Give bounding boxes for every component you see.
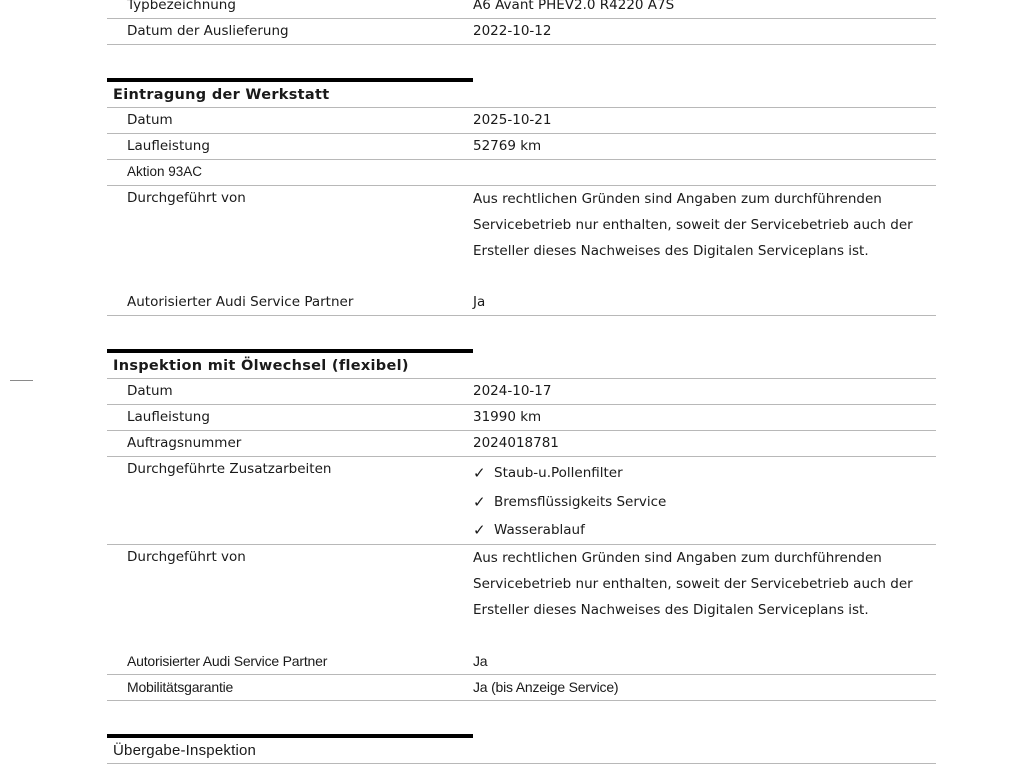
extra-work-item: ✓ Wasserablauf [473, 516, 936, 544]
performed-by-label: Durchgeführt von [107, 545, 473, 649]
mileage-value: 52769 km [473, 134, 936, 159]
extra-work-item: ✓ Staub-u.Pollenfilter [473, 458, 936, 487]
mileage-label: Laufleistung [107, 405, 473, 430]
extra-work-list: ✓ Staub-u.Pollenfilter ✓ Bremsflüssigkei… [473, 457, 936, 544]
type-designation-value: A6 Avant PHEV2.0 R4220 A7S [473, 0, 936, 18]
table-row: Aktion 93AC [107, 160, 936, 186]
performed-by-line: Aus rechtlichen Gründen sind Angaben zum… [473, 545, 936, 571]
table-row: Typbezeichnung A6 Avant PHEV2.0 R4220 A7… [107, 0, 936, 19]
section-title: Übergabe-Inspektion [107, 738, 936, 764]
performed-by-line: Ersteller dieses Nachweises des Digitale… [473, 238, 936, 264]
table-row: Datum 2024-10-17 [107, 379, 936, 405]
table-row: Laufleistung 31990 km [107, 405, 936, 431]
check-icon: ✓ [473, 460, 489, 486]
extra-work-item-label: Staub-u.Pollenfilter [494, 460, 623, 486]
order-number-label: Auftragsnummer [107, 431, 473, 456]
performed-by-value: Aus rechtlichen Gründen sind Angaben zum… [473, 186, 936, 290]
vehicle-info-table: Typbezeichnung A6 Avant PHEV2.0 R4220 A7… [107, 0, 936, 45]
table-row: Datum der Auslieferung 2022-10-12 [107, 19, 936, 45]
extra-work-item-label: Wasserablauf [494, 517, 585, 543]
spacer-line [473, 264, 936, 290]
performed-by-line: Ersteller dieses Nachweises des Digitale… [473, 597, 936, 623]
performed-by-line: Aus rechtlichen Gründen sind Angaben zum… [473, 186, 936, 212]
action-value [473, 160, 936, 185]
mobility-guarantee-value: Ja (bis Anzeige Service) [473, 675, 936, 700]
check-icon: ✓ [473, 489, 489, 515]
workshop-entry-section: Eintragung der Werkstatt Datum 2025-10-2… [107, 78, 936, 316]
extra-work-item: ✓ Bremsflüssigkeits Service [473, 487, 936, 516]
handover-inspection-section: Übergabe-Inspektion [107, 734, 936, 764]
authorized-partner-label: Autorisierter Audi Service Partner [107, 290, 473, 315]
date-value: 2025-10-21 [473, 108, 936, 133]
performed-by-line: Servicebetrieb nur enthalten, soweit der… [473, 571, 936, 597]
type-designation-label: Typbezeichnung [107, 0, 473, 18]
order-number-value: 2024018781 [473, 431, 936, 456]
table-row: Autorisierter Audi Service Partner Ja [107, 290, 936, 316]
mobility-guarantee-label: Mobilitätsgarantie [107, 675, 473, 700]
mileage-value: 31990 km [473, 405, 936, 430]
mileage-label: Laufleistung [107, 134, 473, 159]
table-row: Auftragsnummer 2024018781 [107, 431, 936, 457]
table-row: Mobilitätsgarantie Ja (bis Anzeige Servi… [107, 675, 936, 701]
table-row: Durchgeführte Zusatzarbeiten ✓ Staub-u.P… [107, 457, 936, 545]
performed-by-label: Durchgeführt von [107, 186, 473, 290]
date-value: 2024-10-17 [473, 379, 936, 404]
action-label: Aktion 93AC [107, 160, 473, 185]
check-icon: ✓ [473, 517, 489, 543]
authorized-partner-value: Ja [473, 649, 936, 674]
section-title: Eintragung der Werkstatt [107, 82, 936, 108]
delivery-date-value: 2022-10-12 [473, 19, 936, 44]
oil-inspection-section: Inspektion mit Ölwechsel (flexibel) Datu… [107, 349, 936, 701]
extra-work-item-label: Bremsflüssigkeits Service [494, 489, 666, 515]
table-row: Durchgeführt von Aus rechtlichen Gründen… [107, 545, 936, 649]
section-title: Inspektion mit Ölwechsel (flexibel) [107, 353, 936, 379]
table-row: Datum 2025-10-21 [107, 108, 936, 134]
table-row: Autorisierter Audi Service Partner Ja [107, 649, 936, 675]
date-label: Datum [107, 108, 473, 133]
performed-by-line: Servicebetrieb nur enthalten, soweit der… [473, 212, 936, 238]
authorized-partner-label: Autorisierter Audi Service Partner [107, 649, 473, 674]
date-label: Datum [107, 379, 473, 404]
delivery-date-label: Datum der Auslieferung [107, 19, 473, 44]
table-row: Laufleistung 52769 km [107, 134, 936, 160]
stray-dash [10, 380, 33, 381]
performed-by-value: Aus rechtlichen Gründen sind Angaben zum… [473, 545, 936, 649]
extra-work-label: Durchgeführte Zusatzarbeiten [107, 457, 473, 544]
table-row: Durchgeführt von Aus rechtlichen Gründen… [107, 186, 936, 290]
authorized-partner-value: Ja [473, 290, 936, 315]
spacer-line [473, 623, 936, 649]
service-record-document: Typbezeichnung A6 Avant PHEV2.0 R4220 A7… [107, 0, 936, 764]
